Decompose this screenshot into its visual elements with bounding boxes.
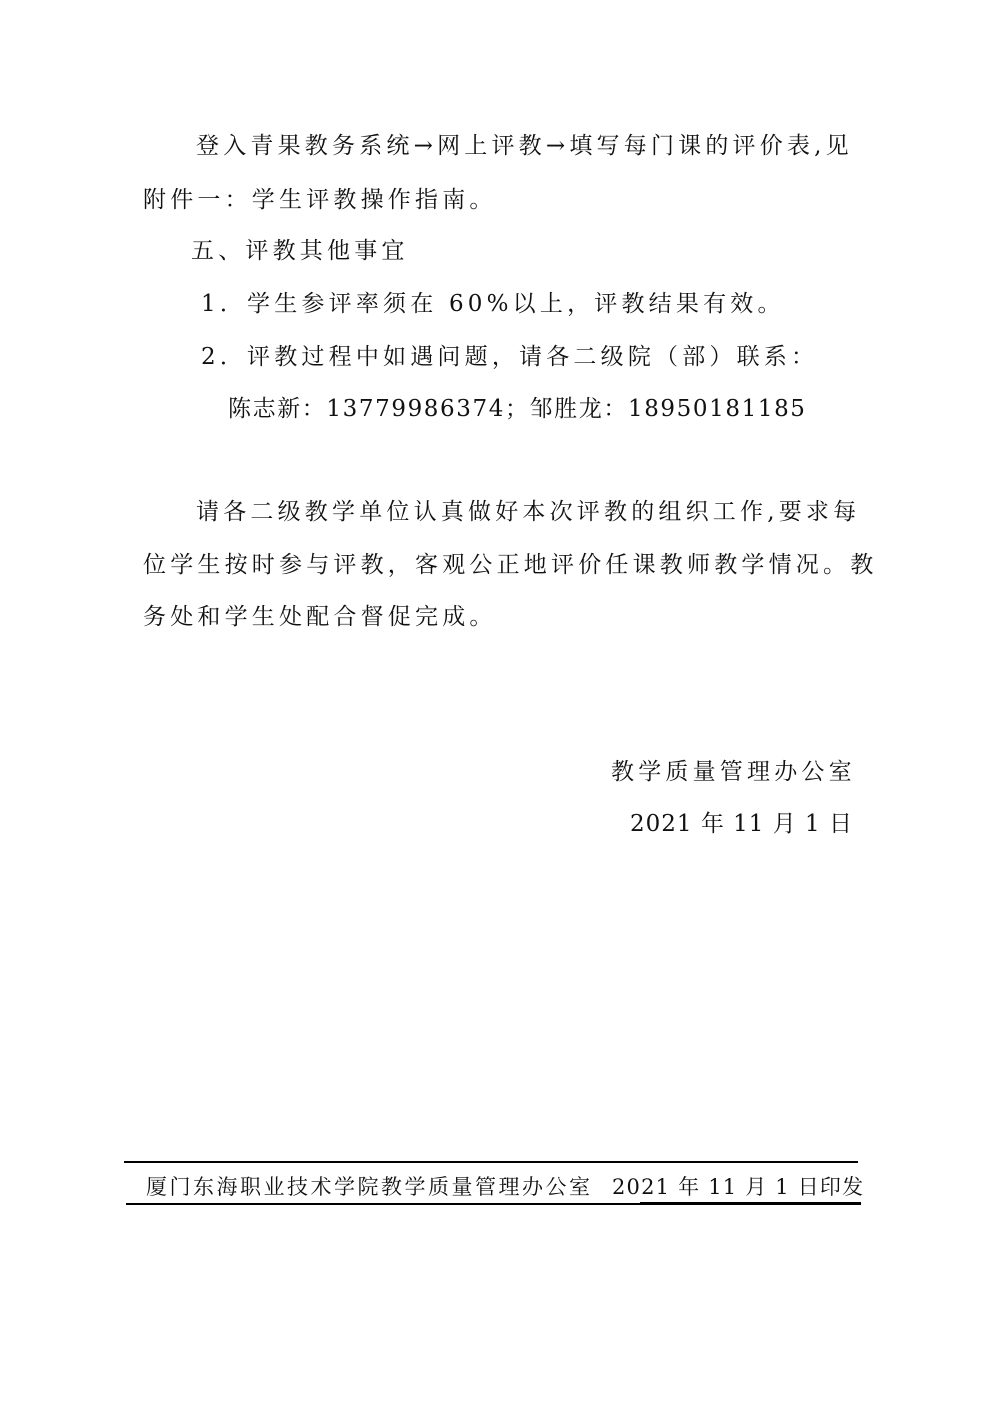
section-heading: 五、评教其他事宜 [191, 236, 409, 266]
list-item-2: 2．评教过程中如遇问题，请各二级院（部）联系： [201, 342, 818, 372]
footer-issuer: 厦门东海职业技术学院教学质量管理办公室 [146, 1173, 593, 1201]
paragraph-line: 登入青果教务系统→网上评教→填写每门课的评价表,见 [196, 131, 853, 161]
list-item-1: 1．学生参评率须在 60%以上，评教结果有效。 [201, 289, 785, 319]
footer-bottom-rule [126, 1203, 640, 1205]
paragraph-line: 务处和学生处配合督促完成。 [143, 602, 497, 632]
paragraph-line: 位学生按时参与评教，客观公正地评价任课教师教学情况。教 [143, 550, 877, 580]
signature-date: 2021 年 11 月 1 日 [630, 809, 853, 839]
contact-info: 陈志新：13779986374；邹胜龙：18950181185 [228, 394, 807, 424]
signature-office: 教学质量管理办公室 [611, 757, 856, 787]
footer-bottom-rule-thick [640, 1202, 861, 1205]
paragraph-line: 请各二级教学单位认真做好本次评教的组织工作,要求每 [196, 497, 860, 527]
paragraph-line: 附件一：学生评教操作指南。 [143, 185, 497, 215]
footer-top-rule [124, 1161, 858, 1163]
footer-issue-date: 2021 年 11 月 1 日印发 [612, 1173, 864, 1201]
